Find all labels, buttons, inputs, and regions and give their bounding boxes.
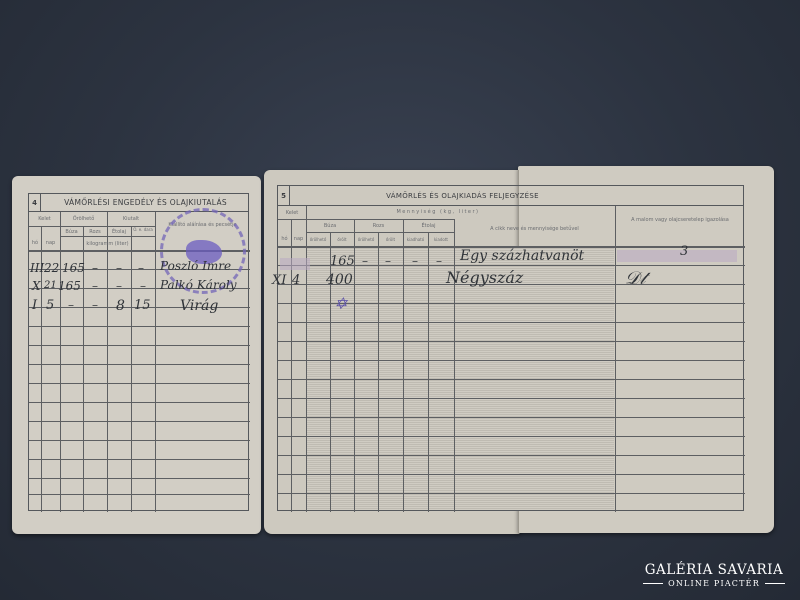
row1-rozs: – <box>92 261 98 275</box>
row1-month: III <box>30 261 44 275</box>
faded-stamp <box>617 250 737 262</box>
decorative-line <box>643 583 663 584</box>
row1-signature: Poszló Imre <box>160 259 231 273</box>
section-title: VÁMŐRLÉSI ENGEDÉLY ÉS OLAJKIUTALÁS <box>43 194 248 212</box>
header-rozs-orolheto: őrölhető <box>354 237 378 242</box>
header-buza-orolt: őrölt <box>330 237 354 242</box>
row2-day: 21 <box>44 280 57 291</box>
entry2-signature: 𝒟𝓉 <box>625 268 645 289</box>
row1-day: 22 <box>44 261 59 275</box>
header-orolheto: Őrölhető <box>60 216 107 222</box>
entry1-etolaj-kiadott: – <box>436 254 442 268</box>
header-etolaj-kiadott: kiadott <box>428 237 454 242</box>
section-number: 5 <box>278 186 290 206</box>
header-item-name: A cikk neve és mennyisége betűvel <box>454 226 615 232</box>
row2-month: X <box>32 279 41 293</box>
right-title-row: 5 VÁMŐRLÉS ÉS OLAJKIADÁS FELJEGYZÉSE <box>278 186 743 206</box>
section-number: 4 <box>29 194 41 212</box>
watermark-title: GALÉRIA SAVARIA <box>640 562 788 578</box>
watermark-subtitle-row: ONLINE PIACTÉR <box>640 579 788 588</box>
entry1-buza-orolt: 165 <box>330 254 355 269</box>
row3-dara: 15 <box>134 298 151 313</box>
watermark: GALÉRIA SAVARIA ONLINE PIACTÉR <box>640 562 788 588</box>
entry3-stamp-mark: ✡ <box>334 294 347 313</box>
header-kelet: Kelet <box>29 216 60 222</box>
right-form-table: 5 VÁMŐRLÉS ÉS OLAJKIADÁS FELJEGYZÉSE Kel… <box>277 185 744 511</box>
row2-etolaj: – <box>116 279 122 293</box>
header-etolaj-kiadhato: kiadható <box>403 237 428 242</box>
row1-etolaj: – <box>116 261 122 275</box>
header-etolaj: Étolaj <box>403 223 454 229</box>
header-etolaj: Étolaj <box>107 229 131 235</box>
entry2-month: XI <box>272 273 286 288</box>
header-unit: kilogramm (liter) <box>60 241 155 247</box>
header-oe-dara: O. e. dara <box>131 227 155 232</box>
entry2-day: 4 <box>292 273 300 288</box>
header-day: nap <box>41 240 60 246</box>
entry1-rozs-orolt: – <box>385 254 391 268</box>
entry1-etolaj-kiadhato: – <box>412 254 418 268</box>
row2-dara: – <box>140 279 146 293</box>
header-month: hó <box>29 240 41 246</box>
header-buza: Búza <box>306 223 354 229</box>
entry2-buza-orolt: 400 <box>326 272 353 288</box>
header-rozs: Rozs <box>354 223 403 229</box>
section-title: VÁMŐRLÉS ÉS OLAJKIADÁS FELJEGYZÉSE <box>292 186 633 206</box>
row1-dara: – <box>138 261 144 275</box>
row3-month: I <box>32 298 37 313</box>
header-day: nap <box>291 236 306 242</box>
header-kelet: Kelet <box>278 210 306 216</box>
header-kiutalt: Kiutalt <box>107 216 155 222</box>
entry1-rozs-orolheto: – <box>362 254 368 268</box>
row3-day: 5 <box>46 298 54 313</box>
entry2-item-text: Négyszáz <box>446 268 523 287</box>
header-rozs: Rozs <box>83 229 107 235</box>
entry1-item-text: Egy százhatvanöt <box>460 248 584 264</box>
row1-buza: 165 <box>62 261 85 275</box>
header-certification: A malom vagy olajcseretelep igazolása <box>616 216 744 224</box>
header-month: hó <box>278 236 291 242</box>
header-rozs-orolt: őrölt <box>378 237 403 242</box>
row3-rozs: – <box>92 298 98 312</box>
row2-signature: Palkó Károly <box>160 278 237 292</box>
decorative-line <box>765 583 785 584</box>
faded-stamp <box>280 258 310 270</box>
header-buza-orolheto: őrölhető <box>306 237 330 242</box>
entry1-certification: 3 <box>680 244 688 259</box>
row3-signature: Virág <box>180 298 218 314</box>
row2-buza: 165 <box>58 279 81 293</box>
row2-rozs: – <box>92 279 98 293</box>
watermark-subtitle: ONLINE PIACTÉR <box>668 579 760 588</box>
row3-buza: – <box>68 298 74 312</box>
row3-etolaj: 8 <box>116 298 125 314</box>
header-quantity: Mennyiség (kg, liter) <box>358 209 518 215</box>
header-buza: Búza <box>60 229 83 235</box>
